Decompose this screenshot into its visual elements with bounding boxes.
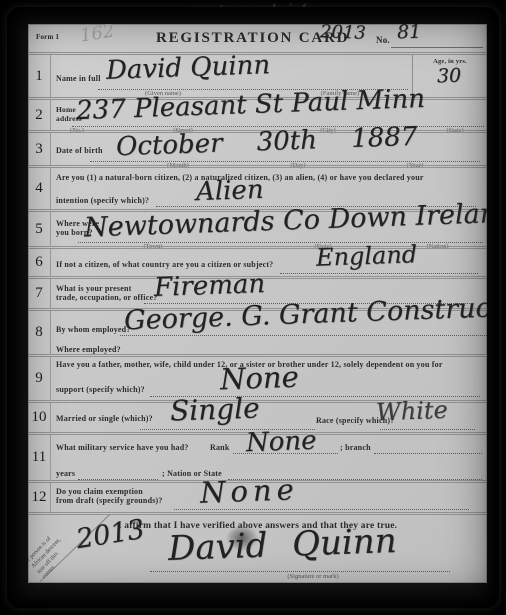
row-number: 2 (28, 100, 51, 130)
race-answer: White (376, 396, 449, 426)
marital-label: Married or single (which)? (56, 414, 153, 424)
field-row-exemption: 12 Do you claim exemption from draft (sp… (28, 480, 487, 512)
branch-line (374, 452, 482, 454)
pencil-serial-number: 162 (79, 24, 116, 47)
no-label: No. (376, 35, 390, 46)
field-row-employer: 8 By whom employed? George. G. Grant Con… (28, 308, 487, 354)
citizenship-question-line2: intention (specify which)? (56, 196, 149, 206)
military-label: What military service have you had? (56, 443, 189, 453)
row-number: 5 (28, 212, 51, 246)
no-underline (391, 47, 483, 48)
registration-card: Form 1 162 REGISTRATION CARD 2013 No. 81… (28, 24, 487, 583)
dependents-question-line2: support (specify which)? (56, 385, 145, 395)
field-row-birthdate: 3 Date of birth October 30th 1887 (Month… (28, 130, 487, 165)
row-number: 12 (28, 483, 51, 512)
trade-label-line2: trade, occupation, or office? (56, 293, 157, 303)
name-label: Name in full (56, 74, 101, 84)
rank-answer: None (245, 426, 317, 458)
answer-line (280, 272, 478, 274)
form-label: Form 1 (36, 33, 59, 41)
name-answer: David Quinn (106, 50, 271, 86)
age-value: 30 (437, 65, 462, 88)
address-label-line1: Home (56, 105, 76, 114)
signature-line (150, 570, 450, 572)
card-header: Form 1 162 REGISTRATION CARD 2013 No. 81 (28, 24, 487, 52)
citizenship-answer: Alien (195, 175, 264, 207)
years-label: years (56, 469, 75, 479)
row-number: 6 (28, 249, 51, 276)
african-descent-corner-note: If person is of African descent, tear of… (28, 532, 75, 582)
row-number: 3 (28, 133, 51, 165)
field-row-address: 2 Home address 237 Pleasant St Paul Minn… (28, 97, 487, 130)
row-number: 10 (28, 403, 51, 432)
race-answer-line (380, 428, 475, 430)
row-number: 4 (28, 168, 51, 209)
branch-label: ; branch (340, 443, 371, 453)
stamp-number-header: 2013 (320, 24, 367, 44)
ink-blot (226, 525, 258, 551)
subject-label: If not a citizen, of what country are yo… (56, 260, 273, 270)
framed-scan: newtownards.info Form 1 162 REGISTRATION… (0, 0, 506, 615)
row-number: 1 (28, 55, 51, 97)
signature-section: 2013 I affirm that I have verified above… (28, 512, 487, 583)
birthdate-label: Date of birth (56, 146, 103, 156)
signature: David Quinn (167, 521, 397, 569)
row-number: 8 (28, 311, 51, 354)
row-number: 7 (28, 279, 51, 308)
field-row-birthplace: 5 Where were you born? Newtownards Co Do… (28, 209, 487, 246)
marital-answer: Single (169, 391, 260, 427)
signature-sublabel: (Signature or mark) (258, 573, 368, 580)
rank-label: Rank (210, 443, 229, 453)
exemption-answer: None (199, 472, 299, 509)
subject-answer: England (316, 240, 418, 272)
exemption-label-line2: from draft (specify grounds)? (56, 496, 163, 506)
no-value: 81 (397, 24, 422, 43)
row-number: 9 (28, 357, 51, 400)
row-number: 11 (28, 435, 51, 480)
trade-answer: Fireman (154, 269, 266, 303)
citizenship-question-line1: Are you (1) a natural-born citizen, (2) … (56, 173, 476, 183)
